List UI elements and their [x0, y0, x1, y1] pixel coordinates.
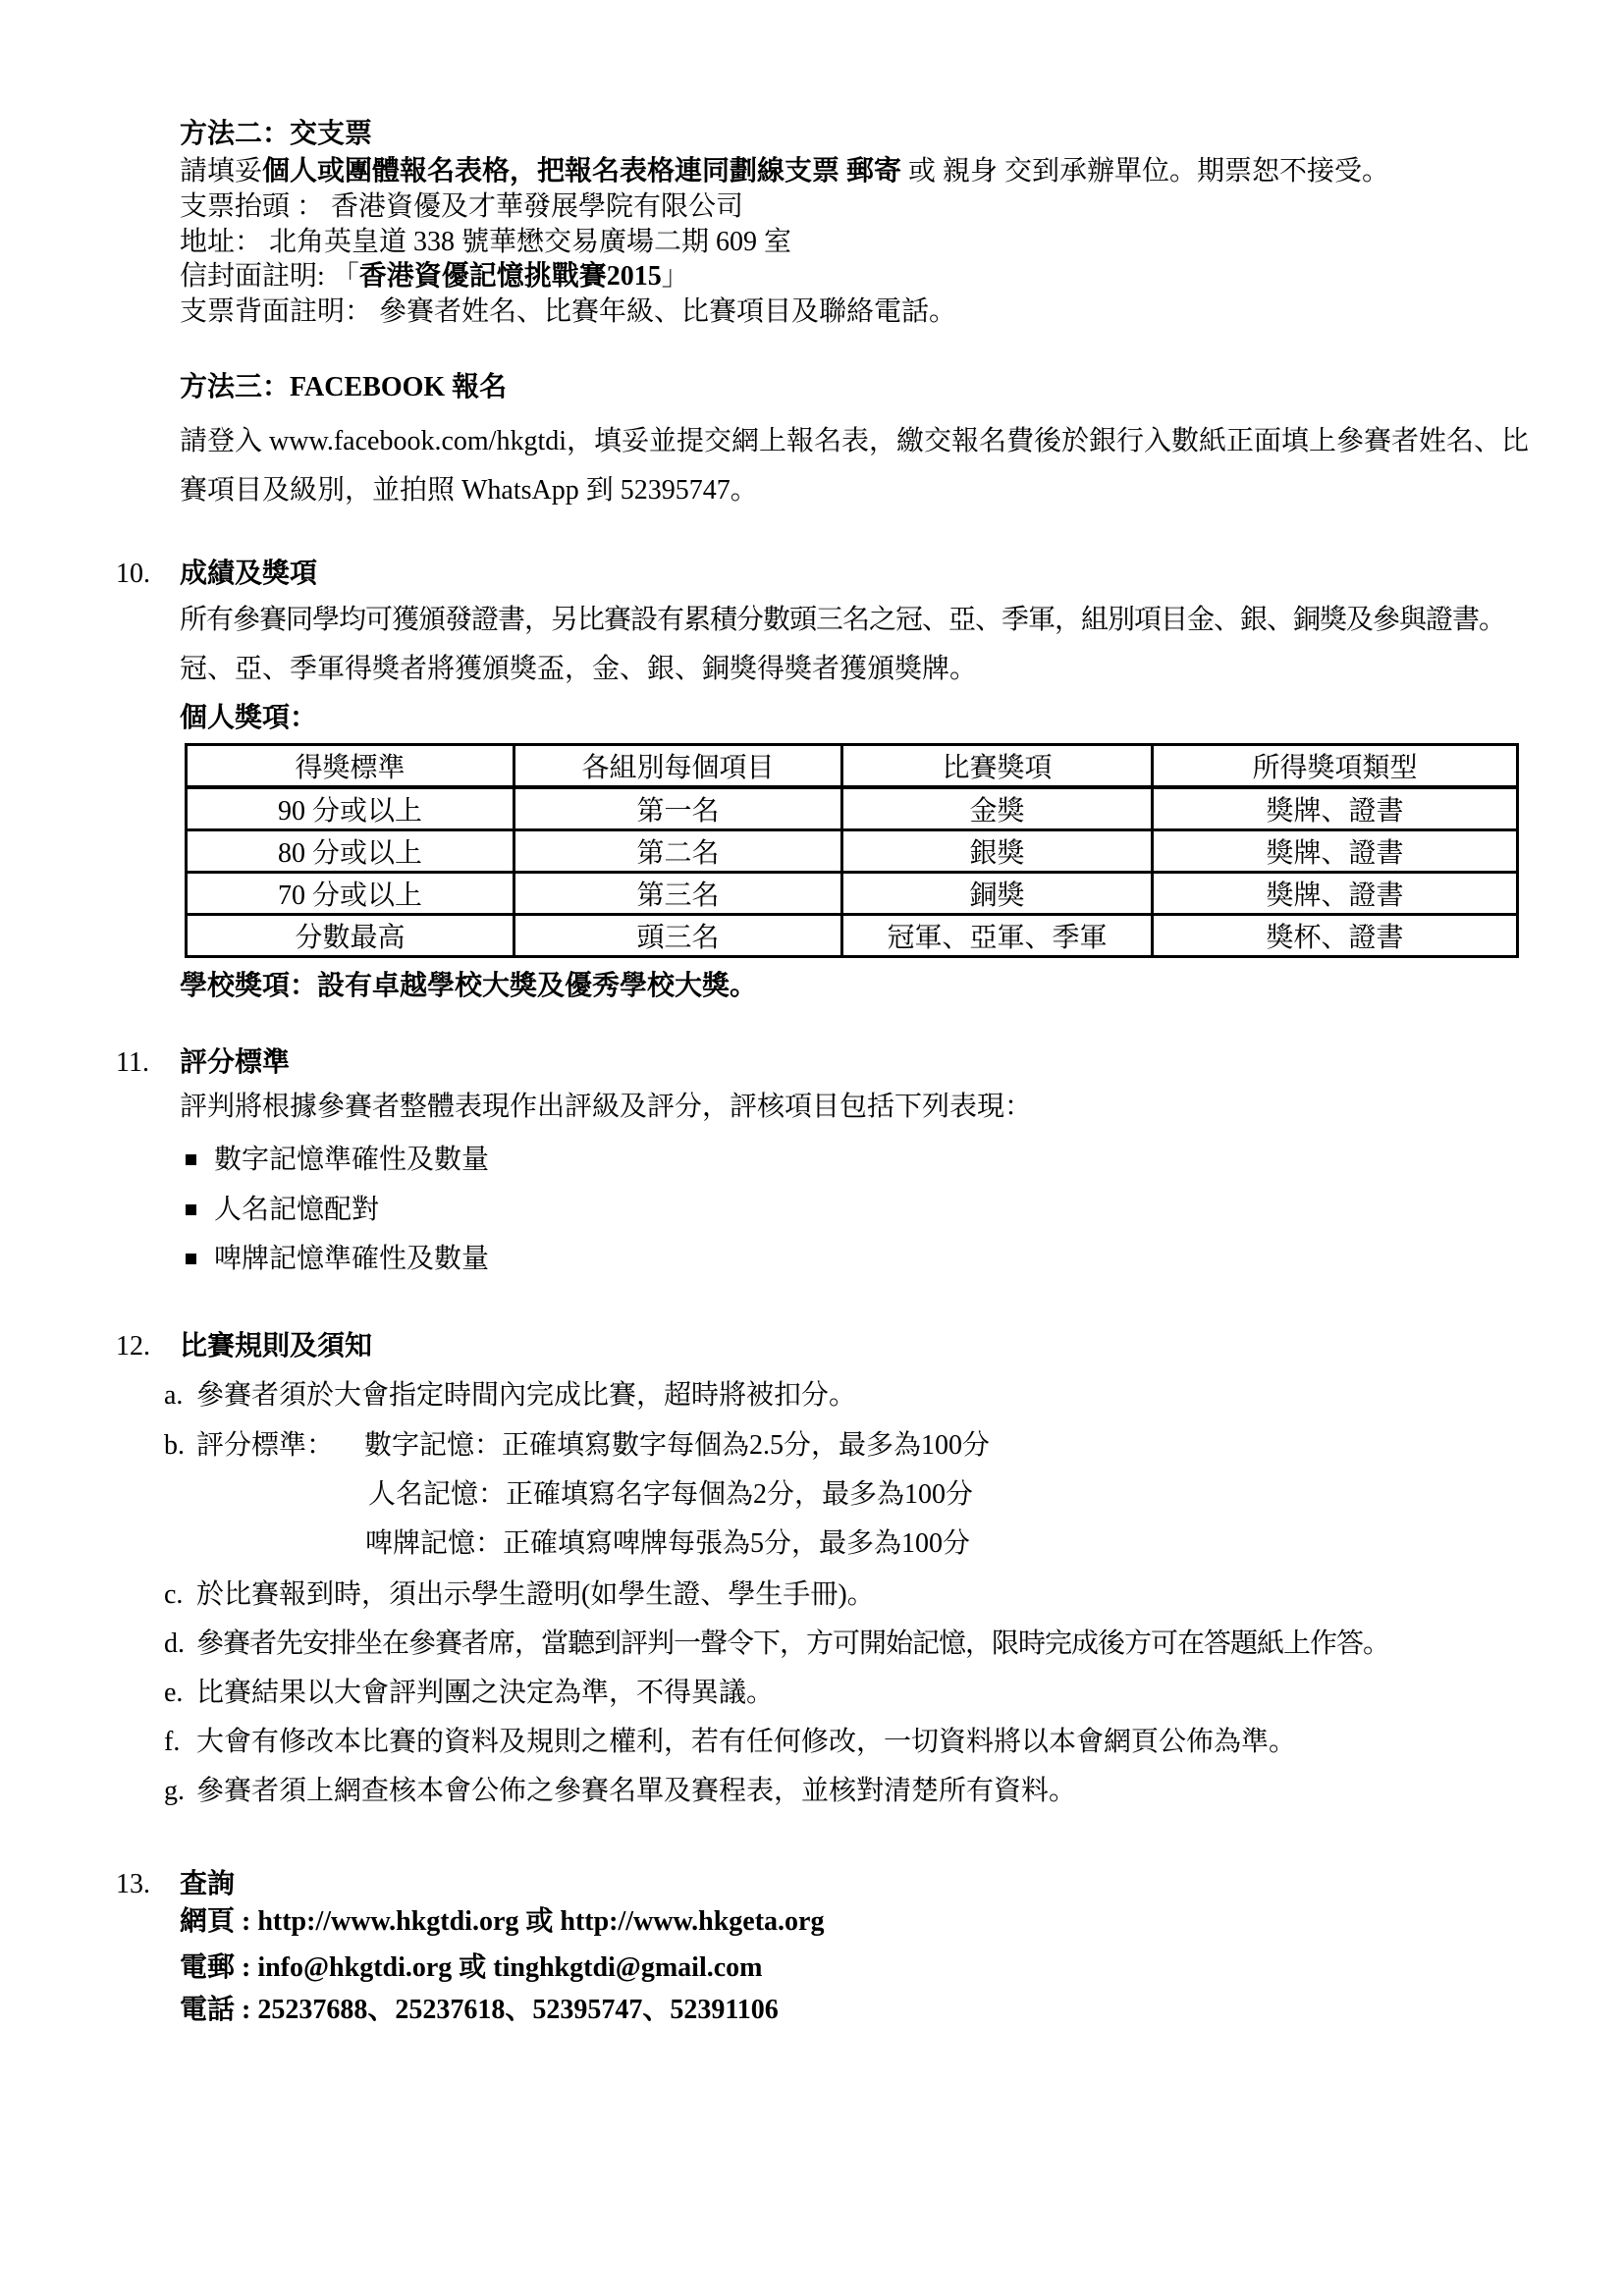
section10-number: 10. — [116, 558, 150, 591]
section12-title: 比賽規則及須知 — [180, 1330, 372, 1363]
bullet-square-icon — [186, 1254, 196, 1264]
table-cell: 第三名 — [514, 873, 842, 915]
table-cell: 獎牌、證書 — [1153, 830, 1518, 873]
table-cell: 80 分或以上 — [187, 830, 514, 873]
document-page: 方法二：交支票 請填妥個人或團體報名表格，把報名表格連同劃線支票 郵寄 或 親身… — [0, 0, 1624, 2296]
rule-item-g-label: g. — [164, 1775, 185, 1808]
table-row: 90 分或以上 第一名 金獎 獎牌、證書 — [187, 787, 1518, 830]
method2-line1-bold: 個人或團體報名表格，把報名表格連同劃線支票 郵寄 — [262, 156, 901, 187]
rule-item-e-label: e. — [164, 1677, 183, 1710]
facebook-paragraph-line1: 請登入 www.facebook.com/hkgtdi，填妥並提交網上報名表，繳… — [180, 425, 1529, 458]
table-cell: 獎牌、證書 — [1153, 787, 1518, 830]
contact-email-line: 電郵 : info@hkgtdi.org 或 tinghkgtdi@gmail.… — [180, 1951, 762, 1985]
awards-header-type: 所得獎項類型 — [1153, 745, 1518, 788]
table-cell: 獎牌、證書 — [1153, 873, 1518, 915]
rule-item-e-text: 比賽結果以大會評判團之決定為準，不得異議。 — [196, 1677, 774, 1710]
list-item: 數字記憶準確性及數量 — [214, 1144, 489, 1177]
awards-header-per-event: 各組別每個項目 — [514, 745, 842, 788]
rule-item-a-label: a. — [164, 1379, 183, 1413]
address-line: 地址： 北角英皇道 338 號華懋交易廣場二期 609 室 — [180, 226, 791, 259]
section10-title: 成績及獎項 — [180, 558, 317, 591]
table-cell: 第二名 — [514, 830, 842, 873]
method2-line1-pre: 請填妥 — [180, 156, 262, 187]
table-row: 70 分或以上 第三名 銅獎 獎牌、證書 — [187, 873, 1518, 915]
table-cell: 銅獎 — [842, 873, 1153, 915]
section11-intro: 評判將根據參賽者整體表現作出評級及評分，評核項目包括下列表現： — [180, 1091, 1032, 1124]
rule-item-d-text: 參賽者先安排坐在參賽者席，當聽到評判一聲令下，方可開始記憶，限時完成後方可在答題… — [196, 1628, 1389, 1661]
table-cell: 金獎 — [842, 787, 1153, 830]
section13-title: 查詢 — [180, 1868, 235, 1901]
section11-number: 11. — [116, 1046, 149, 1080]
cheque-payee-line: 支票抬頭 ： 香港資優及才華發展學院有限公司 — [180, 190, 743, 224]
list-item: 啤牌記憶準確性及數量 — [214, 1243, 489, 1276]
method2-line1: 請填妥個人或團體報名表格，把報名表格連同劃線支票 郵寄 或 親身 交到承辦單位。… — [180, 155, 1389, 188]
table-cell: 第一名 — [514, 787, 842, 830]
table-cell: 頭三名 — [514, 915, 842, 957]
section10-paragraph-line2: 冠、亞、季軍得獎者將獲頒獎盃，金、銀、銅獎得獎者獲頒獎牌。 — [180, 653, 977, 686]
method2-heading: 方法二：交支票 — [180, 118, 372, 151]
bullet-square-icon — [186, 1204, 196, 1215]
table-cell: 銀獎 — [842, 830, 1153, 873]
facebook-paragraph-line2: 賽項目及級別，並拍照 WhatsApp 到 52395747。 — [180, 474, 758, 507]
table-cell: 90 分或以上 — [187, 787, 514, 830]
method2-line1-rest: 或 親身 交到承辦單位。期票恕不接受。 — [901, 156, 1389, 187]
method3-heading: 方法三：FACEBOOK 報名 — [180, 371, 507, 404]
envelope-note-line: 信封面註明: 「香港資優記憶挑戰賽2015」 — [180, 260, 689, 294]
table-row: 分數最高 頭三名 冠軍、亞軍、季軍 獎杯、證書 — [187, 915, 1518, 957]
rule-item-d-label: d. — [164, 1628, 185, 1661]
section12-number: 12. — [116, 1330, 150, 1363]
envelope-note-close: 」 — [662, 261, 689, 292]
rule-item-f-label: f. — [164, 1726, 180, 1759]
contact-website-line: 網頁 : http://www.hkgtdi.org 或 http://www.… — [180, 1905, 824, 1939]
individual-awards-label: 個人獎項： — [180, 702, 317, 735]
rule-item-b-detail2: 人名記憶：正確填寫名字每個為2分，最多為100分 — [368, 1478, 973, 1512]
bullet-square-icon — [186, 1154, 196, 1165]
section10-paragraph-line1: 所有參賽同學均可獲頒發證書，另比賽設有累積分數頭三名之冠、亞、季軍，組別項目金、… — [180, 604, 1505, 637]
table-row: 80 分或以上 第二名 銀獎 獎牌、證書 — [187, 830, 1518, 873]
table-cell: 分數最高 — [187, 915, 514, 957]
awards-table-header-row: 得獎標準 各組別每個項目 比賽獎項 所得獎項類型 — [187, 745, 1518, 788]
rule-item-c-label: c. — [164, 1578, 183, 1612]
rule-item-b-detail3: 啤牌記憶：正確填寫啤牌每張為5分，最多為100分 — [365, 1527, 970, 1561]
contact-phone-line: 電話 : 25237688、25237618、52395747、52391106 — [180, 1994, 779, 2027]
envelope-note-label: 信封面註明: 「 — [180, 261, 359, 292]
rule-item-c-text: 於比賽報到時，須出示學生證明(如學生證、學生手冊)。 — [196, 1578, 875, 1612]
awards-header-criteria: 得獎標準 — [187, 745, 514, 788]
table-cell: 冠軍、亞軍、季軍 — [842, 915, 1153, 957]
list-item: 人名記憶配對 — [214, 1194, 379, 1227]
awards-header-prize: 比賽獎項 — [842, 745, 1153, 788]
section11-title: 評分標準 — [180, 1046, 290, 1080]
rule-item-f-text: 大會有修改本比賽的資料及規則之權利，若有任何修改，一切資料將以本會網頁公佈為準。 — [196, 1726, 1296, 1759]
rule-item-g-text: 參賽者須上網查核本會公佈之參賽名單及賽程表，並核對清楚所有資料。 — [196, 1775, 1076, 1808]
rule-item-b-label: b. — [164, 1429, 185, 1463]
rule-item-b-text: 評分標準： — [196, 1429, 334, 1463]
section13-number: 13. — [116, 1868, 150, 1901]
rule-item-b-detail: 數字記憶：正確填寫數字每個為2.5分，最多為100分 — [364, 1429, 990, 1463]
table-cell: 獎杯、證書 — [1153, 915, 1518, 957]
rule-item-a-text: 參賽者須於大會指定時間內完成比賽，超時將被扣分。 — [196, 1379, 856, 1413]
awards-table: 得獎標準 各組別每個項目 比賽獎項 所得獎項類型 90 分或以上 第一名 金獎 … — [185, 743, 1519, 958]
school-awards-line: 學校獎項：設有卓越學校大獎及優秀學校大獎。 — [180, 970, 757, 1003]
cheque-back-line: 支票背面註明： 參賽者姓名、比賽年級、比賽項目及聯絡電話。 — [180, 295, 956, 329]
table-cell: 70 分或以上 — [187, 873, 514, 915]
envelope-note-title: 香港資優記憶挑戰賽2015 — [359, 261, 662, 292]
